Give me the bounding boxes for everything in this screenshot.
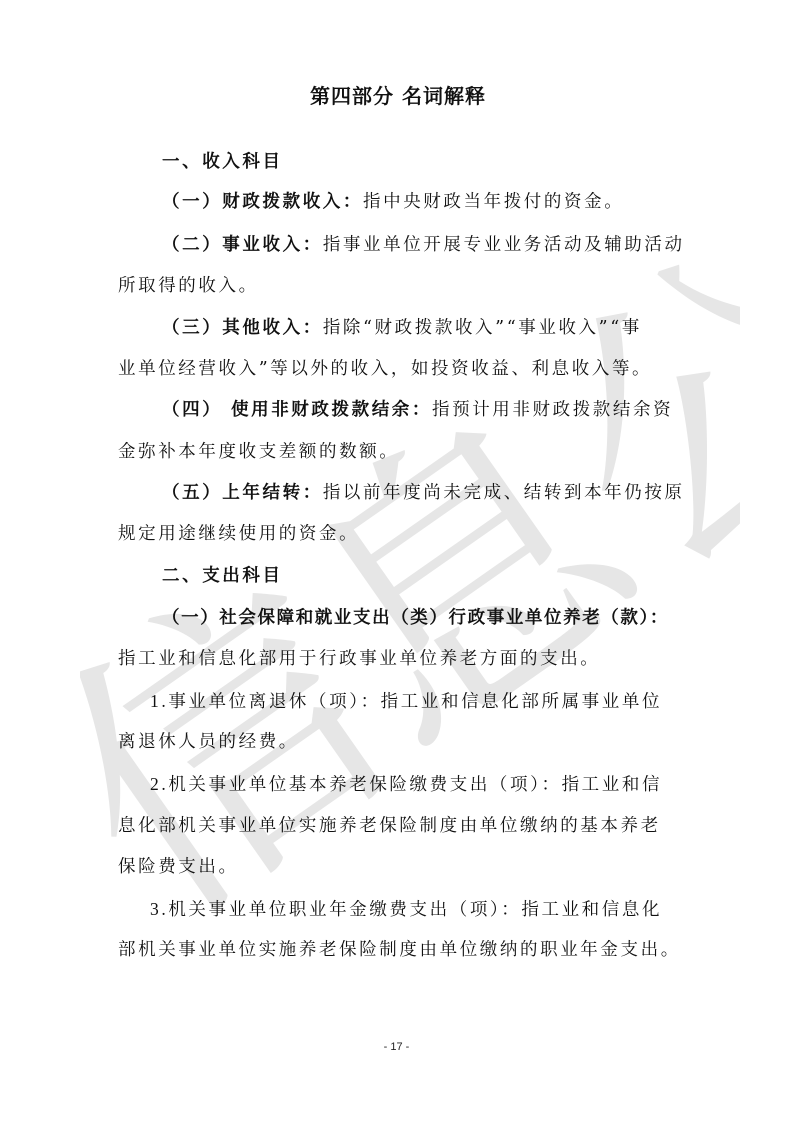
income-item-5-cont: 规定用途继续使用的资金。	[118, 522, 359, 546]
watermark: 信息公开	[80, 250, 740, 950]
expense-category: （一）社会保障和就业支出（类）行政事业单位养老（款）：	[162, 606, 669, 630]
item-text: 事业单位离退休（项）：指工业和信息化部所属事业单位	[168, 692, 662, 712]
expense-item-2-cont2: 保险费支出。	[118, 855, 239, 879]
item-number: 3.	[150, 899, 168, 919]
page-number: - 17 -	[0, 1041, 793, 1053]
term-definition: 指以前年度尚未完成、结转到本年仍按原	[323, 483, 685, 503]
term-label: （三）其他收入：	[162, 318, 323, 338]
term-definition: 指中央财政当年拨付的资金。	[363, 192, 624, 212]
expense-item-1-cont: 离退休人员的经费。	[118, 730, 299, 754]
income-item-3-cont: 业单位经营收入”等以外的收入，如投资收益、利息收入等。	[118, 357, 652, 381]
term-definition: 指预计用非财政拨款结余资	[432, 400, 673, 420]
document-page: 信息公开 第四部分 名词解释 一、收入科目 （一）财政拨款收入：指中央财政当年拨…	[0, 0, 793, 1122]
income-item-1: （一）财政拨款收入：指中央财政当年拨付的资金。	[162, 190, 624, 214]
term-definition: 指事业单位开展专业业务活动及辅助活动	[323, 235, 685, 255]
income-item-2-cont: 所取得的收入。	[118, 274, 259, 298]
income-item-4: （四） 使用非财政拨款结余：指预计用非财政拨款结余资	[162, 398, 673, 422]
expense-item-1: 1.事业单位离退休（项）：指工业和信息化部所属事业单位	[150, 689, 662, 714]
term-label: （二）事业收入：	[162, 235, 323, 255]
watermark-text: 信息公开	[80, 250, 740, 950]
expense-item-2-cont: 息化部机关事业单位实施养老保险制度由单位缴纳的基本养老	[118, 814, 661, 838]
term-label: （四） 使用非财政拨款结余：	[162, 400, 432, 420]
section-heading-income: 一、收入科目	[162, 150, 283, 174]
income-item-5: （五）上年结转：指以前年度尚未完成、结转到本年仍按原	[162, 481, 685, 505]
item-number: 2.	[150, 774, 168, 794]
section-heading-expense: 二、支出科目	[162, 564, 283, 588]
expense-item-2: 2.机关事业单位基本养老保险缴费支出（项）：指工业和信	[150, 772, 662, 797]
item-text: 机关事业单位基本养老保险缴费支出（项）：指工业和信	[168, 775, 662, 795]
income-item-3: （三）其他收入：指除“财政拨款收入”“事业收入”“事	[162, 316, 642, 340]
term-label: （五）上年结转：	[162, 483, 323, 503]
income-item-4-cont: 金弥补本年度收支差额的数额。	[118, 440, 399, 464]
term-definition: 指除“财政拨款收入”“事业收入”“事	[323, 318, 642, 338]
expense-item-3-cont: 部机关事业单位实施养老保险制度由单位缴纳的职业年金支出。	[118, 938, 681, 962]
item-text: 机关事业单位职业年金缴费支出（项）：指工业和信息化	[168, 900, 662, 920]
page-title: 第四部分 名词解释	[118, 80, 678, 109]
term-label: （一）财政拨款收入：	[162, 192, 363, 212]
income-item-2: （二）事业收入：指事业单位开展专业业务活动及辅助活动	[162, 233, 685, 257]
item-number: 1.	[150, 691, 168, 711]
expense-category-definition: 指工业和信息化部用于行政事业单位养老方面的支出。	[118, 647, 600, 671]
expense-item-3: 3.机关事业单位职业年金缴费支出（项）：指工业和信息化	[150, 897, 662, 922]
